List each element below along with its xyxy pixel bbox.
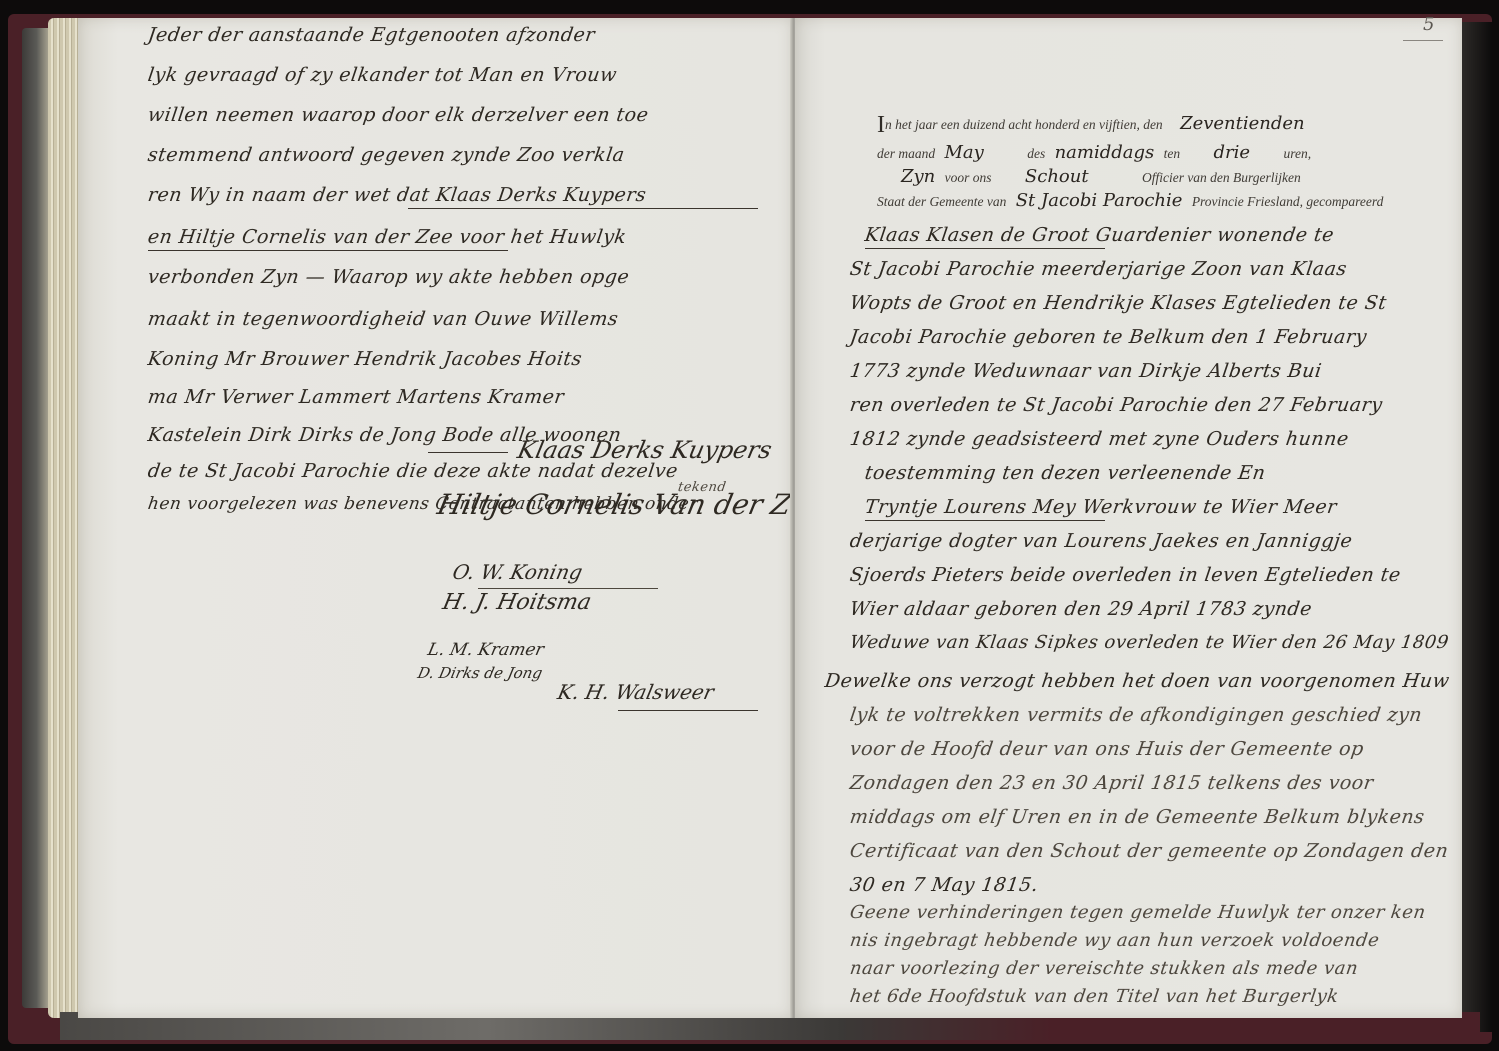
- left-line-10: ma Mr Verwer Lammert Martens Kramer: [146, 386, 565, 408]
- right-line-9: Tryntje Lourens Mey Werkvrouw te Wier Me…: [863, 496, 1338, 518]
- left-line-7: verbonden Zyn — Waarop wy akte hebben op…: [146, 266, 630, 288]
- signature-witness-hoitsma: H. J. Hoitsma: [440, 590, 593, 615]
- form-line-1: In het jaar een duizend acht honderd en …: [877, 112, 1311, 139]
- left-line-3: willen neemen waarop door elk derzelver …: [146, 104, 650, 126]
- underline-bride-name: [865, 520, 1105, 521]
- right-line-13: Weduwe van Klaas Sipkes overleden te Wie…: [849, 632, 1451, 653]
- right-line-5: 1773 zynde Weduwnaar van Dirkje Alberts …: [848, 360, 1323, 382]
- signature-dash: [428, 452, 508, 453]
- right-line-20: 30 en 7 May 1815.: [848, 874, 1039, 896]
- signature-witness-dejong: D. Dirks de Jong: [416, 664, 544, 682]
- signature-bride: Hiltje Cornelis Van der Zee: [434, 488, 827, 521]
- left-line-8: maakt in tegenwoordigheid van Ouwe Wille…: [146, 308, 619, 330]
- signature-witness-kramer: L. M. Kramer: [426, 640, 546, 660]
- form-fill-daypart: namiddags: [1049, 142, 1161, 163]
- form-line-3: Zyn voor ons Schout Officier van den Bur…: [895, 166, 1301, 187]
- left-line-9: Koning Mr Brouwer Hendrik Jacobes Hoits: [146, 348, 583, 370]
- form-fill-place: St Jacobi Parochie: [1010, 190, 1189, 211]
- form-fill-day: Zeventienden: [1174, 113, 1311, 134]
- form-fill-hour: drie: [1184, 142, 1281, 163]
- form-dropcap: I: [877, 112, 885, 138]
- left-line-5: ren Wy in naam der wet dat Klaas Derks K…: [146, 184, 647, 206]
- signature-officer: K. H. Walsweer: [555, 680, 716, 704]
- left-line-2: lyk gevraagd of zy elkander tot Man en V…: [146, 64, 618, 86]
- form-fill-verb: Zyn: [895, 166, 941, 187]
- right-line-2: St Jacobi Parochie meerderjarige Zoon va…: [848, 258, 1348, 280]
- left-page: Jeder der aanstaande Egtgenooten afzonde…: [78, 18, 792, 1018]
- right-page: 5 In het jaar een duizend acht honderd e…: [795, 18, 1462, 1018]
- page-number: 5: [1423, 14, 1434, 35]
- right-line-17: Zondagen den 23 en 30 April 1815 telkens…: [848, 772, 1374, 794]
- signature-officer-underline: [618, 710, 758, 711]
- right-line-15: lyk te voltrekken vermits de afkondiging…: [848, 704, 1423, 726]
- left-line-1: Jeder der aanstaande Egtgenooten afzonde…: [146, 24, 596, 46]
- right-line-12: Wier aldaar geboren den 29 April 1783 zy…: [848, 598, 1313, 620]
- underline-bride: [148, 250, 508, 251]
- form-fill-month: May: [939, 142, 1024, 163]
- left-line-6: en Hiltje Cornelis van der Zee voor het …: [146, 226, 628, 248]
- underline-groom-name: [865, 248, 1105, 249]
- right-line-11: Sjoerds Pieters beide overleden in leven…: [848, 564, 1402, 586]
- underline-groom: [408, 208, 758, 209]
- right-line-1: Klaas Klasen de Groot Guardenier wonende…: [863, 224, 1335, 246]
- right-line-6: ren overleden te St Jacobi Parochie den …: [848, 394, 1384, 416]
- signature-groom: Klaas Derks Kuypers: [515, 436, 774, 464]
- form-line-2: der maand May des namiddags ten drie ure…: [877, 142, 1311, 163]
- form-fill-title: Schout: [995, 166, 1139, 187]
- right-line-23: naar voorlezing der vereischte stukken a…: [849, 958, 1360, 979]
- signature-witness-koning: O. W. Koning: [450, 560, 584, 584]
- right-line-21: Geene verhinderingen tegen gemelde Huwly…: [849, 902, 1428, 923]
- right-page-overflow: [795, 1000, 1462, 1018]
- right-line-8: toestemming ten dezen verleenende En: [863, 462, 1267, 484]
- form-line-4: Staat der Gemeente van St Jacobi Parochi…: [877, 190, 1383, 211]
- signature-flourish: [478, 588, 658, 589]
- right-line-14: Dewelke ons verzogt hebben het doen van …: [823, 670, 1451, 692]
- right-line-22: nis ingebragt hebbende wy aan hun verzoe…: [849, 930, 1381, 951]
- right-line-16: voor de Hoofd deur van ons Huis der Geme…: [848, 738, 1365, 760]
- right-line-4: Jacobi Parochie geboren te Belkum den 1 …: [848, 326, 1368, 348]
- right-line-10: derjarige dogter van Lourens Jaekes en J…: [848, 530, 1353, 552]
- cover-edge-shadow: [1462, 22, 1492, 1032]
- right-line-19: Certificaat van den Schout der gemeente …: [848, 840, 1449, 862]
- right-line-7: 1812 zynde geadsisteerd met zyne Ouders …: [848, 428, 1350, 450]
- left-line-4: stemmend antwoord gegeven zynde Zoo verk…: [146, 144, 626, 166]
- page-number-underline: [1403, 40, 1443, 41]
- right-line-18: middags om elf Uren en in de Gemeente Be…: [848, 806, 1426, 828]
- right-line-3: Wopts de Groot en Hendrikje Klases Egtel…: [848, 292, 1388, 314]
